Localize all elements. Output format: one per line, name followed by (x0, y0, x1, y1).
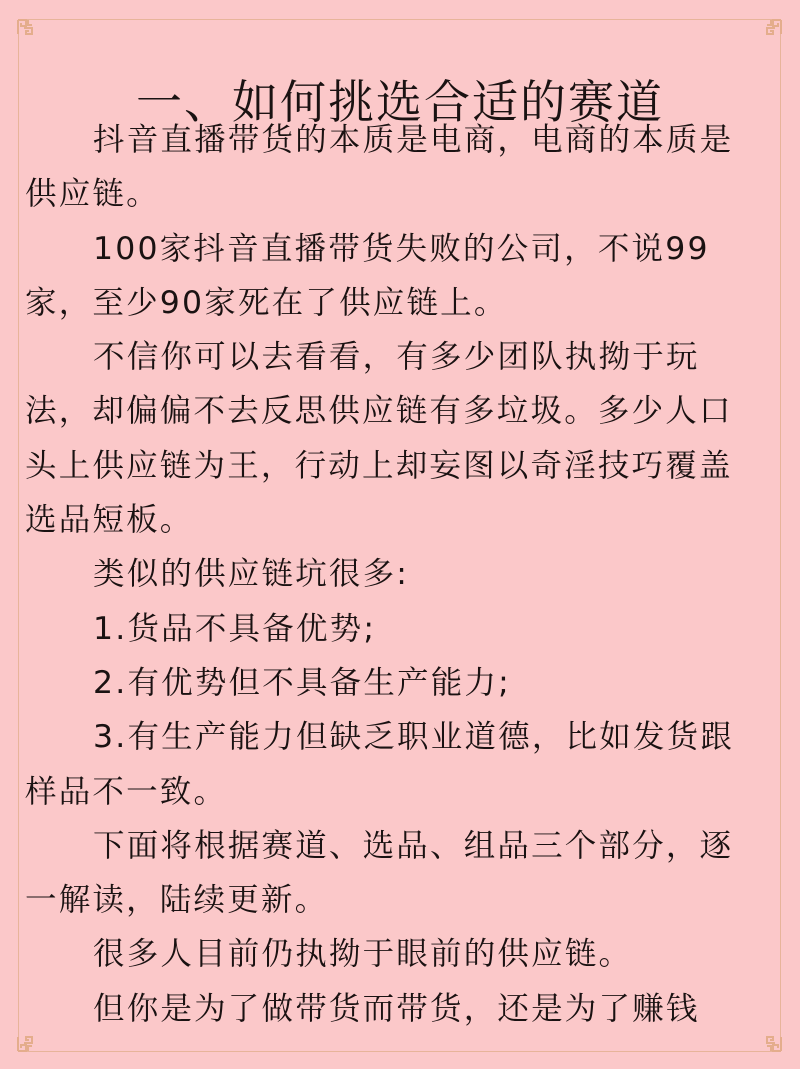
paragraph: 下面将根据赛道、选品、组品三个部分，逐一解读，陆续更新。 (25, 819, 765, 928)
paragraph: 不信你可以去看看，有多少团队执拗于玩法，却偏偏不去反思供应链有多垃圾。多少人口头… (25, 330, 765, 547)
corner-ornament-icon (765, 18, 783, 36)
list-item: 3.有生产能力但缺乏职业道德，比如发货跟样品不一致。 (25, 710, 765, 819)
list-item: 1.货品不具备优势; (25, 602, 765, 656)
paragraph: 很多人目前仍执拗于眼前的供应链。 (25, 927, 765, 981)
paragraph: 但你是为了做带货而带货，还是为了赚钱 (25, 982, 765, 1036)
paragraph: 类似的供应链坑很多: (25, 547, 765, 601)
paragraph: 抖音直播带货的本质是电商，电商的本质是供应链。 (25, 113, 765, 222)
list-item: 2.有优势但不具备生产能力; (25, 656, 765, 710)
corner-ornament-icon (16, 1035, 34, 1053)
article-body: 抖音直播带货的本质是电商，电商的本质是供应链。 100家抖音直播带货失败的公司，… (25, 113, 765, 1036)
paragraph: 100家抖音直播带货失败的公司，不说99家，至少90家死在了供应链上。 (25, 222, 765, 331)
corner-ornament-icon (16, 18, 34, 36)
corner-ornament-icon (765, 1035, 783, 1053)
